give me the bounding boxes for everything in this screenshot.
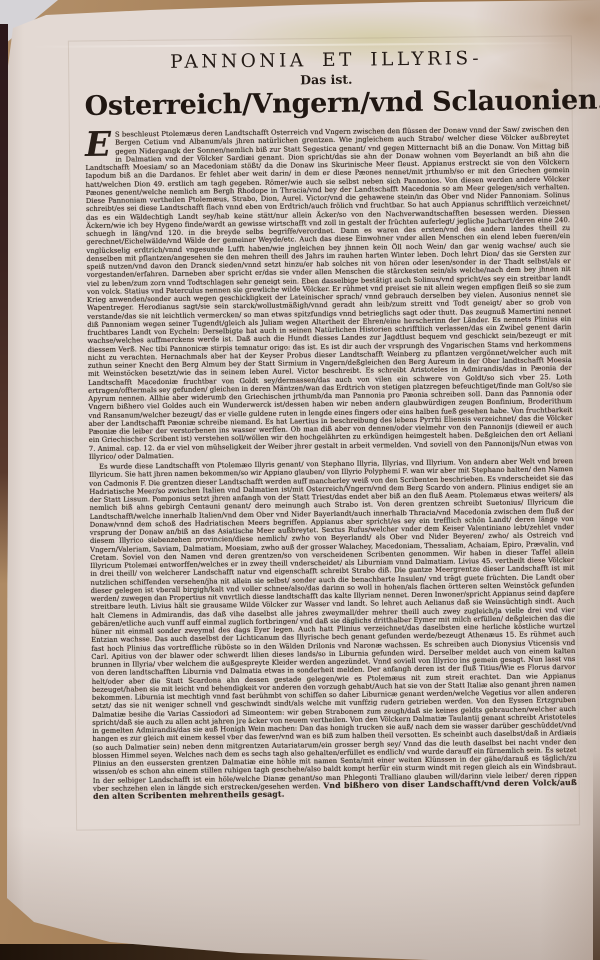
drop-cap: E	[85, 131, 115, 159]
fore-edge-shadow	[593, 750, 600, 960]
body-text: ES beschleust Ptolemæus deren Landtschaf…	[85, 125, 577, 801]
paragraph-pannonia: ES beschleust Ptolemæus deren Landtschaf…	[85, 125, 573, 461]
paragraph-pannonia-text: S beschleust Ptolemæus deren Landtschaff…	[85, 125, 572, 461]
paragraph-illyris: Es wurde diese Landtschafft von Ptolemæo…	[89, 457, 577, 801]
book-page: PANNONIA ET ILLYRIS- Das ist. Osterreich…	[0, 0, 600, 960]
page-title-german: Osterreich/Vngern/vnd Sclauonien.	[84, 85, 568, 122]
book-spine-shadow	[0, 24, 8, 584]
photo-backdrop: PANNONIA ET ILLYRIS- Das ist. Osterreich…	[0, 0, 600, 960]
page-content: PANNONIA ET ILLYRIS- Das ist. Osterreich…	[84, 47, 577, 801]
paragraph-illyris-text: Es wurde diese Landtschafft von Ptolemæo…	[89, 457, 577, 793]
